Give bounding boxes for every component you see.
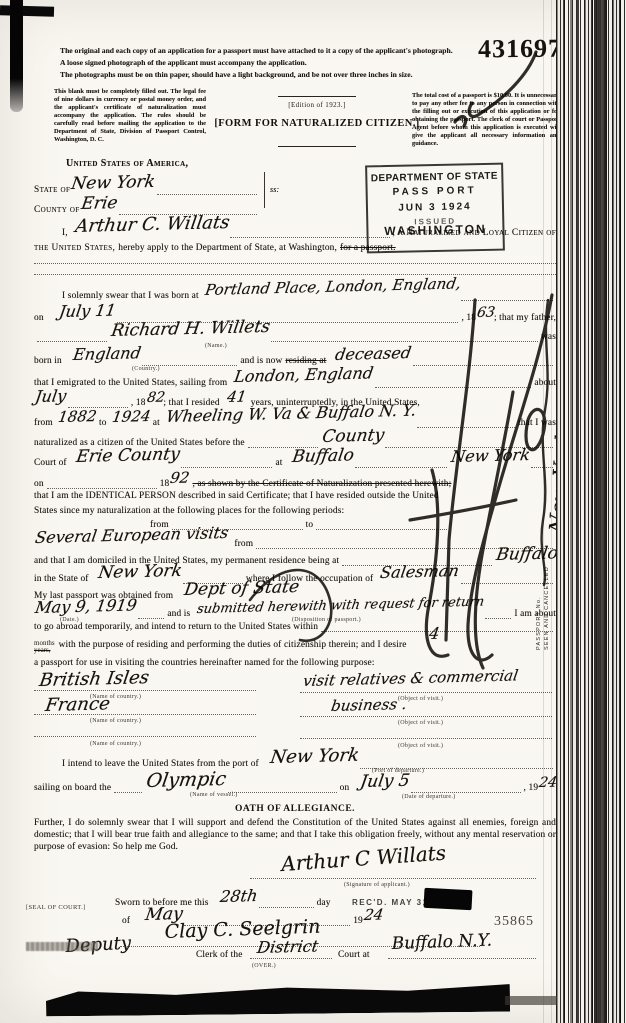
- stamp-line: PASS PORT: [368, 185, 502, 199]
- county-label: County of: [34, 205, 80, 217]
- right-instructions: The total cost of a passport is $10.00. …: [412, 92, 560, 148]
- at2-label: at: [275, 458, 282, 470]
- dotted-line: [388, 958, 536, 959]
- hw-home-state: New York: [97, 563, 183, 582]
- hw-passport-date: May 9, 1919: [34, 597, 138, 616]
- from-label: from: [34, 418, 53, 430]
- on2-label: on: [34, 479, 44, 491]
- father-text: ; that my father,: [494, 313, 556, 325]
- on-label: on: [34, 313, 44, 325]
- caption-departure-date: (Date of departure.): [402, 794, 455, 800]
- dotted-rule: [34, 263, 556, 264]
- received-stamp-text: REC'D. MAY 31: [352, 898, 429, 907]
- sailing-text: sailing on board the: [34, 783, 111, 795]
- hw-to-year: 1924: [111, 409, 152, 425]
- dotted-line: [300, 738, 552, 739]
- shown-struck-text: , as shown by the Certificate of Natural…: [192, 479, 451, 491]
- on-label: on: [340, 783, 350, 795]
- hw-court-place: Buffalo N.Y.: [391, 933, 492, 953]
- dotted-line: [228, 790, 337, 793]
- stamp-line: JUN 3 1924: [368, 201, 502, 215]
- abroad-text: to go abroad temporarily, and intend to …: [34, 622, 318, 634]
- binding-shadow: [594, 0, 607, 1023]
- hw-father-country: England: [72, 345, 142, 363]
- hw-day: 28th: [219, 888, 259, 905]
- months-years-choice: months years,: [34, 640, 55, 654]
- dotted-line: [181, 465, 273, 468]
- dotted-line: [316, 527, 447, 530]
- dep-year-prefix: , 19: [524, 783, 539, 795]
- identical-text-1: that I am the IDENTICAL PERSON described…: [34, 491, 439, 503]
- hw-birthplace: Portland Place, London, England,: [204, 276, 462, 298]
- hw-county: Erie: [80, 195, 119, 213]
- caption-name-of-country: (Name of country.): [90, 741, 141, 747]
- dotted-line: [114, 790, 142, 793]
- scan-artifact-bottom-tail: [505, 996, 557, 1005]
- oath-title: OATH OF ALLEGIANCE.: [34, 804, 556, 814]
- notice-line-1: The original and each copy of an applica…: [60, 46, 453, 55]
- dotted-line: [250, 958, 332, 959]
- hw-country-2: France: [44, 695, 111, 715]
- oath-body: Further, I do solemnly swear that I will…: [34, 818, 556, 853]
- identical-text-2: States since my naturalization at the fo…: [34, 506, 344, 518]
- caption-name: (Name.): [205, 343, 227, 349]
- divider: [278, 96, 356, 97]
- dotted-line: [300, 692, 552, 693]
- and-is-label: and is: [167, 609, 190, 621]
- hw-naturalization-year: 92: [169, 471, 190, 486]
- form-title: [FORM FOR NATURALIZED CITIZEN.]: [214, 118, 420, 129]
- to2-label: to: [306, 520, 314, 532]
- scan-artifact-top-bar: [0, 5, 54, 16]
- hw-passport-source: Dept of State: [183, 579, 300, 599]
- i-label: I,: [34, 228, 68, 240]
- scan-artifact-bottom-band: [46, 984, 510, 1017]
- cancellation-stamp-line: PASSPORT No.: [536, 566, 542, 650]
- hw-father-status: deceased: [334, 345, 412, 363]
- purpose-text-1: with the purpose of residing and perform…: [59, 640, 407, 652]
- in-state-label: in the State of: [34, 574, 89, 586]
- dotted-line: [375, 385, 532, 388]
- dotted-rule: [34, 274, 556, 275]
- hw-port: New York: [269, 747, 360, 767]
- hw-court-city: Buffalo: [291, 447, 355, 466]
- hw-birth-year: 63: [476, 306, 496, 320]
- hw-emigration-year: 82: [146, 391, 166, 405]
- notice-line-3: The photographs must be on thin paper, s…: [60, 70, 412, 79]
- dotted-line: [411, 790, 520, 793]
- usa-heading: United States of America,: [66, 158, 188, 171]
- att-year-prefix: 19: [353, 916, 363, 928]
- scan-artifact-left-strip: [10, 0, 23, 112]
- smudged-stamp: [26, 942, 98, 951]
- hw-court-state: New York: [450, 447, 531, 465]
- hw-object-2: business .: [330, 697, 408, 714]
- dotted-line: [355, 465, 447, 468]
- hw-years-resided: 41: [226, 390, 247, 405]
- cancellation-stamp-line: SEEN AND CANCELLED: [544, 566, 550, 650]
- hw-court-kind: County: [321, 427, 385, 446]
- edition-label: [Edition of 1923.]: [230, 101, 404, 109]
- nat-year-prefix: 18: [160, 479, 170, 491]
- court-of-label: Court of: [34, 458, 67, 470]
- ink-blob: [424, 888, 473, 910]
- at-label: at: [153, 418, 160, 430]
- dotted-line: [37, 339, 107, 342]
- dotted-line: [47, 486, 157, 489]
- caption-vessel: (Name of vessel.): [190, 792, 238, 798]
- apply-clause-sc: the United States,: [34, 243, 115, 255]
- hw-sailed-from: London, England: [233, 365, 374, 385]
- hw-vessel: Olympic: [145, 770, 227, 791]
- ss-label: ss:: [270, 185, 279, 195]
- hw-birth-date: July 11: [58, 303, 117, 320]
- to-label: to: [99, 418, 107, 430]
- dotted-line: [138, 616, 164, 619]
- cancellation-stamp-vertical: PASSPORT No. SEEN AND CANCELLED: [536, 566, 552, 650]
- year-prefix: , 18: [461, 313, 476, 325]
- years-label-struck: years,: [34, 647, 55, 654]
- hw-emigration-month: July: [34, 388, 67, 405]
- hw-father-name: Richard H. Willets: [110, 319, 271, 340]
- hw-from-year: 1882: [57, 409, 98, 425]
- caption-name-of-country: (Name of country.): [90, 718, 141, 724]
- clerk-of-label: Clerk of the: [196, 950, 243, 962]
- court-at-label: Court at: [338, 950, 370, 962]
- hw-residence-places: Wheeling W. Va & Buffalo N. Y.: [165, 402, 417, 425]
- of-label: of: [122, 916, 130, 928]
- born-in-label: born in: [34, 356, 62, 368]
- notice-line-2: A loose signed photograph of the applica…: [60, 58, 307, 67]
- state-label: State of: [34, 185, 70, 197]
- over-caption: (OVER.): [252, 963, 276, 969]
- hw-departure-date: July 5: [359, 773, 411, 791]
- ss-brace: ss:: [264, 172, 279, 208]
- dotted-line: [34, 736, 256, 737]
- hw-applicant-name: Arthur C. Willats: [74, 214, 231, 236]
- hw-occupation: Salesman: [379, 563, 460, 581]
- dotted-line: [250, 878, 536, 879]
- serial-number: 431697: [478, 34, 562, 65]
- caption-object-of-visit: (Object of visit.): [398, 743, 443, 749]
- domiciled-text: and that I am domiciled in the United St…: [34, 556, 339, 568]
- hw-state: New York: [70, 174, 156, 193]
- from3-label: from: [234, 539, 253, 551]
- dotted-line: [259, 905, 314, 908]
- hw-court-name: Erie County: [75, 446, 181, 466]
- file-number: 35865: [494, 914, 534, 930]
- book-binding: [556, 0, 626, 1023]
- hw-object-1: visit relatives & commercial: [302, 668, 519, 689]
- dotted-line: [485, 616, 511, 619]
- dotted-line: [157, 192, 257, 195]
- dotted-line: [417, 425, 515, 428]
- hw-periods: Several European visits: [34, 525, 230, 546]
- dotted-line: [413, 363, 553, 366]
- hw-court-kind: District: [256, 938, 319, 956]
- hw-home-city: Buffalo: [495, 545, 559, 564]
- caption-object-of-visit: (Object of visit.): [398, 720, 443, 726]
- caption-signature: (Signature of applicant.): [344, 882, 410, 888]
- hw-country-1: British Isles: [38, 669, 150, 690]
- divider: [278, 146, 356, 147]
- day-label: day: [317, 898, 331, 910]
- about-label: about: [534, 378, 556, 390]
- passport-issue-stamp: DEPARTMENT OF STATE PASS PORT JUN 3 1924…: [365, 163, 505, 254]
- stamp-line: DEPARTMENT OF STATE: [367, 171, 501, 185]
- left-instructions: This blank must be completely filled out…: [54, 88, 206, 144]
- dotted-line: [300, 716, 552, 717]
- apply-clause: hereby apply to the Department of State,…: [118, 243, 337, 255]
- received-stamp: REC'D. MAY 31: [352, 892, 474, 912]
- page-crease: [543, 0, 544, 1023]
- passport-application-page: The original and each copy of an applica…: [0, 0, 626, 1023]
- dotted-line: [461, 298, 553, 301]
- seal-of-court-caption: [SEAL OF COURT.]: [26, 904, 85, 911]
- dotted-line: [271, 339, 538, 342]
